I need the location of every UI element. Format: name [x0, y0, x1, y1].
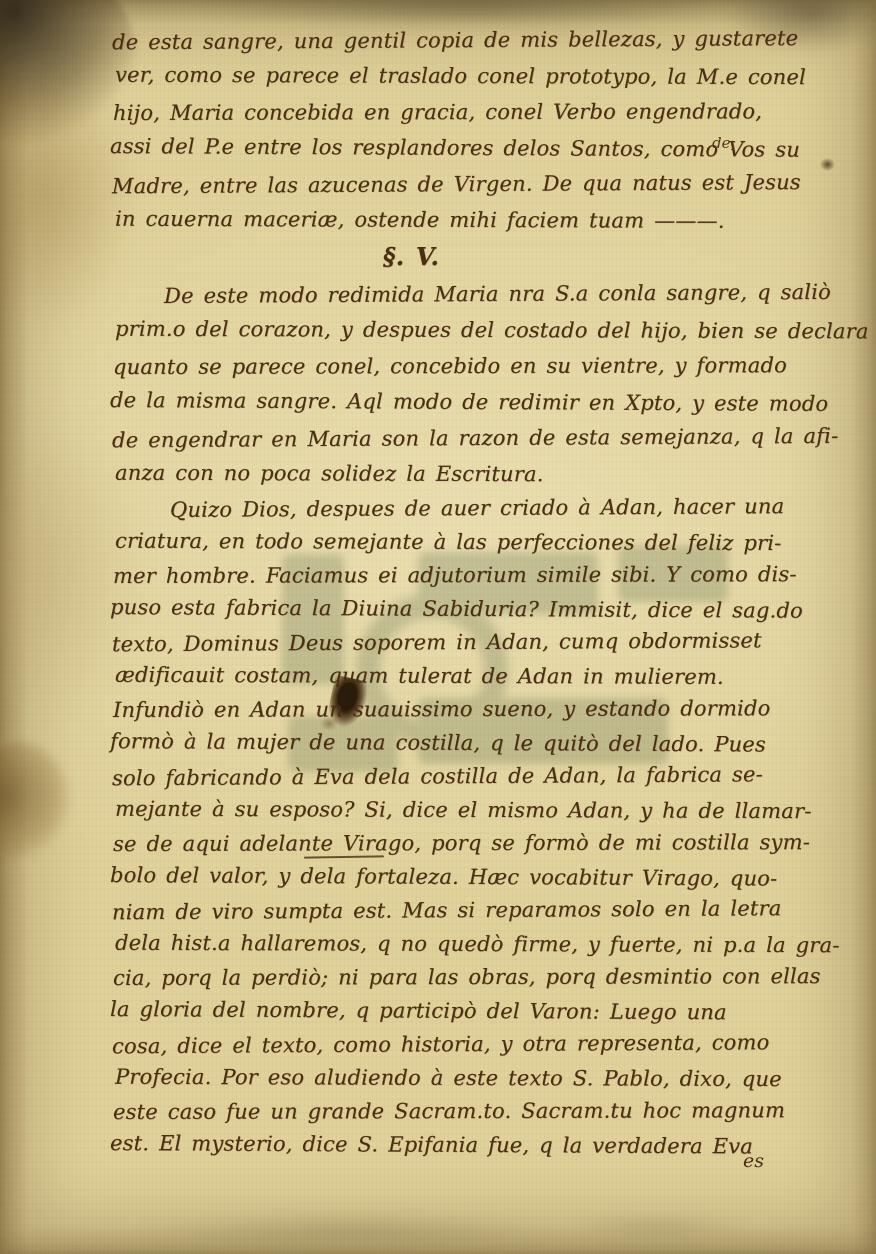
catchword: es: [743, 1150, 764, 1172]
section-heading: §. V.: [112, 240, 860, 274]
manuscript-line: De este modo redimida Maria nra S.a conl…: [112, 274, 860, 315]
page-edge-left-binding: [0, 0, 28, 1254]
smudge-bottom: [560, 1214, 750, 1238]
manuscript-line: puso esta fabrica la Diuina Sabiduria? I…: [110, 591, 858, 628]
paragraph-2: De este modo redimida Maria nra S.a conl…: [112, 276, 860, 492]
manuscript-line: quanto se parece conel, concebido en su …: [113, 347, 861, 385]
page-edge-bottom: [0, 1226, 876, 1254]
manuscript-line: cia, porq la perdiò; ni para las obras, …: [113, 960, 861, 995]
smudge-bottom: [130, 1212, 570, 1248]
manuscript-line: bolo del valor, y dela fortaleza. Hæc vo…: [110, 859, 858, 896]
paragraph-1: de esta sangre, una gentil copia de mis …: [112, 22, 860, 238]
manuscript-line: Infundiò en Adan un suauissimo sueno, y …: [113, 692, 861, 727]
manuscript-line: dela hist.a hallaremos, q no quedò firme…: [115, 926, 863, 962]
manuscript-text: de esta sangre, una gentil copia de mis …: [112, 22, 860, 1162]
interlinear-insertion: de,: [712, 134, 735, 152]
manuscript-line: assi del P.e entre los resplandores delo…: [110, 128, 858, 168]
manuscript-line: ver, como se parece el traslado conel pr…: [115, 57, 863, 96]
manuscript-line: Profecia. Por eso aludiendo à este texto…: [115, 1060, 863, 1096]
manuscript-line: Quizo Dios, despues de auer criado à Ada…: [112, 490, 860, 528]
manuscript-line: formò à la mujer de una costilla, q le q…: [110, 725, 858, 762]
manuscript-line: se de aqui adelante Virago, porq se form…: [113, 826, 861, 861]
manuscript-line: este caso fue un grande Sacram.to. Sacra…: [113, 1094, 861, 1129]
manuscript-line: la gloria del nombre, q participò del Va…: [110, 993, 858, 1030]
paragraph-3: Quizo Dios, despues de auer criado à Ada…: [112, 492, 860, 1162]
manuscript-line: texto, Dominus Deus soporem in Adan, cum…: [112, 624, 860, 662]
stain-left-bottom: [0, 742, 70, 860]
manuscript-line: solo fabricando à Eva dela costilla de A…: [112, 758, 860, 796]
manuscript-line: de engendrar en Maria son la razon de es…: [112, 418, 860, 459]
manuscript-line: ædificauit costam, quam tulerat de Adan …: [115, 658, 863, 694]
manuscript-line: de esta sangre, una gentil copia de mis …: [112, 20, 860, 61]
manuscript-page: de esta sangre, una gentil copia de mis …: [0, 0, 876, 1254]
manuscript-line: de la misma sangre. Aql modo de redimir …: [110, 382, 858, 422]
manuscript-line: in cauerna maceriæ, ostende mihi faciem …: [115, 201, 863, 240]
manuscript-line: prim.o del corazon, y despues del costad…: [115, 311, 863, 350]
manuscript-line: mer hombre. Faciamus ei adjutorium simil…: [113, 558, 861, 593]
manuscript-line: hijo, Maria concebida en gracia, conel V…: [113, 93, 861, 131]
manuscript-line: anza con no poca solidez la Escritura.: [115, 455, 863, 494]
manuscript-line: mejante à su esposo? Si, dice el mismo A…: [115, 792, 863, 828]
manuscript-line: criatura, en todo semejante à las perfec…: [115, 524, 863, 560]
manuscript-line: cosa, dice el texto, como historia, y ot…: [112, 1026, 860, 1064]
manuscript-line: Madre, entre las azucenas de Virgen. De …: [112, 164, 860, 205]
manuscript-line: niam de viro sumpta est. Mas si reparamo…: [112, 892, 860, 930]
